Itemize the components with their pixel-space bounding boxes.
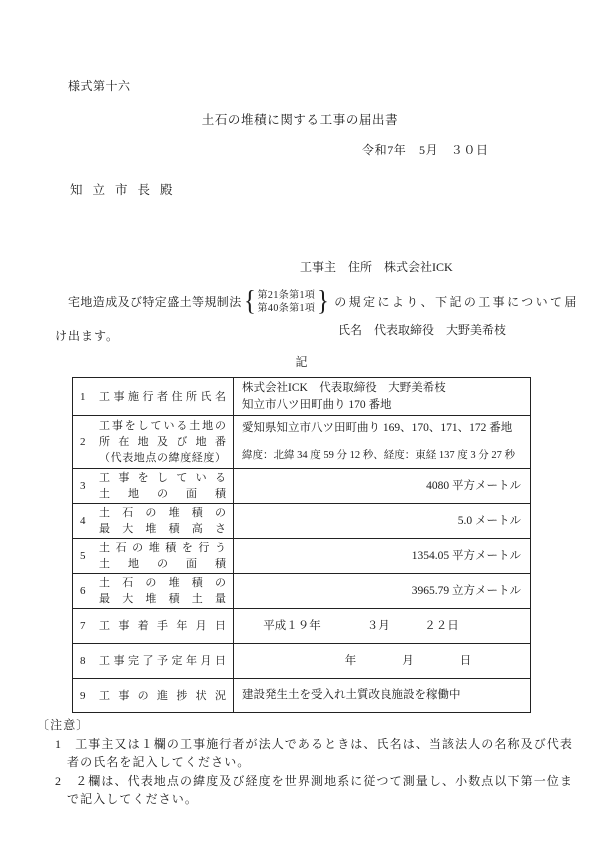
row-number: 7: [80, 620, 99, 632]
row-value: 建設発生土を受入れ土質改良施設を稼働中: [234, 679, 530, 712]
table-row-2: 2 工事をしている土地の 所 在 地 及 び 地 番 （代表地点の緯度経度） 愛…: [73, 415, 530, 468]
addressee: 知立市長殿: [70, 180, 183, 198]
row-label: 8 工事完了予定年月日: [73, 644, 234, 678]
right-brace: }: [317, 287, 329, 316]
row-label: 1 工 事 施 行 者 住 所 氏 名: [73, 378, 234, 415]
law-name: 宅地造成及び特定盛土等規制法: [68, 293, 242, 310]
row-number: 2: [80, 436, 99, 448]
row-value: 愛知県知立市八ツ田町曲り 169、170、171、172 番地 緯度：北緯 34…: [234, 416, 530, 468]
table-row-8: 8 工事完了予定年月日 年 月 日: [73, 643, 530, 678]
record-label: 記: [72, 353, 531, 370]
law-clause-line: 宅地造成及び特定盛土等規制法 { 第21条第1項 第40条第1項 } の規定によ…: [55, 287, 585, 316]
row-number: 3: [80, 480, 99, 492]
table-row-6: 6 土 石 の 堆 積 の 最 大 堆 積 土 量 3965.79 立方メートル: [73, 573, 530, 608]
row-label: 7 工 事 着 手 年 月 日: [73, 609, 234, 643]
row-label: 9 工 事 の 進 捗 状 況: [73, 679, 234, 712]
row-label: 3 工 事 を し て い る 土 地 の 面 積: [73, 469, 234, 503]
notes-header: 〔注意〕: [37, 716, 573, 735]
form-number: 様式第十六: [68, 77, 131, 94]
row-value: 3965.79 立方メートル: [234, 574, 530, 608]
row-number: 9: [80, 690, 99, 702]
row-value: 1354.05 平方メートル: [234, 539, 530, 573]
law-sentence: の規定により、下記の工事について届: [334, 293, 579, 310]
row-number: 1: [80, 391, 99, 403]
table-row-1: 1 工 事 施 行 者 住 所 氏 名 株式会社ICK 代表取締役 大野美希枝 …: [73, 378, 530, 415]
document-date: 令和7年 5月 ３０日: [362, 141, 489, 158]
table-row-5: 5 土石の堆積を行う 土 地 の 面 積 1354.05 平方メートル: [73, 538, 530, 573]
table-row-3: 3 工 事 を し て い る 土 地 の 面 積 4080 平方メートル: [73, 468, 530, 503]
note-1-line-2: 者の氏名を記入してください。: [67, 753, 573, 772]
row-number: 8: [80, 655, 99, 667]
row-label: 2 工事をしている土地の 所 在 地 及 び 地 番 （代表地点の緯度経度）: [73, 416, 234, 468]
table-row-4: 4 土 石 の 堆 積 の 最 大 堆 積 高 さ 5.0 メートル: [73, 503, 530, 538]
law-article-1: 第21条第1項: [258, 289, 316, 302]
notes-section: 〔注意〕 1 工事主又は１欄の工事施行者が法人であるときは、氏名は、当該法人の名…: [37, 716, 573, 809]
document-page: 様式第十六 土石の堆積に関する工事の届出書 令和7年 5月 ３０日 知立市長殿 …: [0, 0, 600, 849]
row-label: 5 土石の堆積を行う 土 地 の 面 積: [73, 539, 234, 573]
row-label: 4 土 石 の 堆 積 の 最 大 堆 積 高 さ: [73, 504, 234, 538]
note-2-line-2: で記入してください。: [67, 790, 573, 809]
row-number: 6: [80, 585, 99, 597]
row-value: 5.0 メートル: [234, 504, 530, 538]
row-value: 年 月 日: [234, 644, 530, 678]
note-2-line-1: 2 ２欄は、代表地点の緯度及び経度を世界測地系に従つて測量し、小数点以下第一位ま: [55, 772, 573, 791]
row-number: 4: [80, 515, 99, 527]
notification-table: 1 工 事 施 行 者 住 所 氏 名 株式会社ICK 代表取締役 大野美希枝 …: [72, 377, 531, 713]
table-row-7: 7 工 事 着 手 年 月 日 平成１９年 ３月 ２２日: [73, 608, 530, 643]
left-brace: {: [244, 287, 256, 316]
row-value: 平成１９年 ３月 ２２日: [234, 609, 530, 643]
row-value: 4080 平方メートル: [234, 469, 530, 503]
applicant-line-2: 氏名 代表取締役 大野美希枝: [338, 320, 506, 341]
law-articles: 第21条第1項 第40条第1項: [258, 289, 316, 315]
law-article-2: 第40条第1項: [258, 302, 316, 315]
note-1-line-1: 1 工事主又は１欄の工事施行者が法人であるときは、氏名は、当該法人の名称及び代表: [55, 735, 573, 754]
law-sentence-continuation: け出ます。: [55, 327, 119, 344]
applicant-line-1: 工事主 住所 株式会社ICK: [300, 257, 506, 278]
row-number: 5: [80, 550, 99, 562]
row-label: 6 土 石 の 堆 積 の 最 大 堆 積 土 量: [73, 574, 234, 608]
table-row-9: 9 工 事 の 進 捗 状 況 建設発生土を受入れ土質改良施設を稼働中: [73, 678, 530, 712]
row-value: 株式会社ICK 代表取締役 大野美希枝 知立市八ツ田町曲り 170 番地: [234, 378, 530, 415]
page-title: 土石の堆積に関する工事の届出書: [0, 110, 600, 128]
